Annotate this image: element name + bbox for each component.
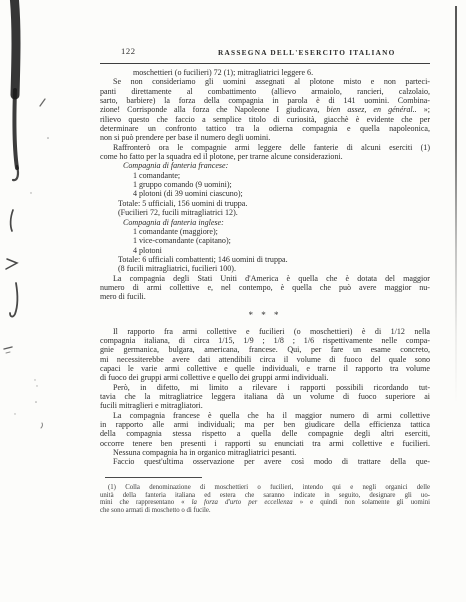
text-segment: mi necessiterebbe avere dati attendibili… bbox=[100, 355, 430, 364]
ink-dot bbox=[35, 401, 37, 403]
text-segment: (8 fucili mitragliatrici, fucilieri 100)… bbox=[118, 264, 236, 273]
text-line: (8 fucili mitragliatrici, fucilieri 100)… bbox=[100, 264, 430, 273]
text-line: che sono armati di moschetto o di fucile… bbox=[100, 507, 430, 515]
text-line: moschettieri (o fucilieri) 72 (1); mitra… bbox=[100, 68, 430, 77]
scanned-page: 122 RASSEGNA DELL'ESERCITO ITALIANO mosc… bbox=[0, 0, 466, 602]
text-line: La compagnia francese è quella che ha il… bbox=[100, 411, 430, 420]
ink-mark bbox=[41, 423, 42, 428]
text-segment: Totale: 6 ufficiali combattenti; 146 uom… bbox=[118, 255, 288, 264]
ink-dot bbox=[30, 192, 31, 193]
text-segment: Però, in difetto, mi limito a rilevare i… bbox=[113, 383, 430, 392]
text-segment: di fuoco dei gruppi armi collettive e qu… bbox=[100, 373, 328, 382]
text-line: Totale: 5 ufficiali, 156 uomini di trupp… bbox=[100, 199, 430, 208]
text-line: Raffronterò ora le compagnie armi legger… bbox=[100, 143, 430, 152]
text-segment: mero di fucili. bbox=[100, 292, 146, 301]
text-segment: della compagnia stessa rispetto a quella… bbox=[100, 429, 430, 438]
ink-dot bbox=[14, 413, 15, 414]
text-line: 4 plotoni bbox=[100, 246, 430, 255]
text-line: panti direttamente al combattimento (all… bbox=[100, 87, 430, 96]
ink-mark bbox=[40, 99, 45, 106]
text-line: tavia che la mitragliatrice leggera ital… bbox=[100, 392, 430, 401]
text-line: mero di fucili. bbox=[100, 292, 430, 301]
text-segment: La compagnia degli Stati Uniti d'America… bbox=[113, 274, 430, 283]
section-separator: * * * bbox=[100, 309, 430, 321]
text-line: compagnia italiana, di circa 1/15, 1/9 ;… bbox=[100, 336, 430, 345]
ink-dot bbox=[47, 137, 49, 139]
ink-dot bbox=[36, 385, 37, 386]
text-line: di fuoco dei gruppi armi collettive e qu… bbox=[100, 373, 430, 382]
text-line: Il rapporto fra armi collettive e fucili… bbox=[100, 327, 430, 336]
text-line: Nessuna compagnia ha in organico mitragl… bbox=[100, 448, 430, 457]
ink-stroke bbox=[14, 90, 17, 168]
text-line: fucili mitraglieri e mitragliatori. bbox=[100, 401, 430, 410]
text-segment: Il rapporto fra armi collettive e fucili… bbox=[113, 327, 430, 336]
ink-mark bbox=[6, 352, 10, 353]
text-line: Però, in difetto, mi limito a rilevare i… bbox=[100, 383, 430, 392]
italic-text: bien assez, en général.. bbox=[326, 105, 416, 114]
ink-mark bbox=[6, 259, 17, 269]
text-segment: rilievo questo che faccio a semplice tit… bbox=[100, 115, 430, 124]
text-line: (Fucilieri 72, fucili mitragliatrici 12)… bbox=[100, 208, 430, 217]
text-segment: 4 plotoni bbox=[133, 246, 162, 255]
text-segment: che sono armati di moschetto o di fucile… bbox=[100, 507, 211, 514]
text-segment: come ho fatto per la squadra ed il ploto… bbox=[100, 152, 343, 161]
text-segment: 1 gruppo comando (9 uomini); bbox=[133, 180, 232, 189]
text-line: capaci le varie armi collettive e quelle… bbox=[100, 364, 430, 373]
text-line: numero di armi collettive e, nel contemp… bbox=[100, 283, 430, 292]
ink-mark bbox=[10, 283, 17, 317]
footnote: (1) Colla denominazione di moschettieri … bbox=[100, 484, 430, 514]
text-line: 1 vice-comandante (capitano); bbox=[100, 236, 430, 245]
text-segment: Faccio quest'ultima osservazione per ave… bbox=[113, 457, 430, 466]
text-line: mini che rappresentano « la forza d'urto… bbox=[100, 499, 430, 507]
text-line: 1 gruppo comando (9 uomini); bbox=[100, 180, 430, 189]
text-line: unità della fanteria italiana ed estera … bbox=[100, 492, 430, 500]
text-segment: (Fucilieri 72, fucili mitragliatrici 12)… bbox=[118, 208, 238, 217]
body-section-2: Il rapporto fra armi collettive e fucili… bbox=[100, 327, 430, 467]
text-segment: in rapporto alle armi individuali; ma pe… bbox=[100, 420, 430, 429]
page-edge-shadow bbox=[455, 6, 457, 474]
ink-stroke bbox=[14, 0, 16, 95]
text-segment: tavia che la mitragliatrice leggera ital… bbox=[100, 392, 430, 401]
header-rule bbox=[100, 63, 430, 64]
text-segment: unità della fanteria italiana ed estera … bbox=[100, 492, 430, 499]
text-segment: »; bbox=[417, 105, 430, 114]
text-segment: non si può prendere per base il numero d… bbox=[100, 133, 270, 142]
text-line: 4 plotoni (di 39 uomini ciascuno); bbox=[100, 189, 430, 198]
text-segment: panti direttamente al combattimento (all… bbox=[100, 87, 430, 96]
text-line: sarto, barbiere) la forza della compagni… bbox=[100, 96, 430, 105]
ink-mark bbox=[4, 347, 12, 349]
text-line: occorre tenere ben presenti i rapporti s… bbox=[100, 439, 430, 448]
text-segment: fucili mitraglieri e mitragliatori. bbox=[100, 401, 203, 410]
text-line: Compagnia di fanteria inglese: bbox=[100, 218, 430, 227]
text-segment: moschettieri (o fucilieri) 72 (1); mitra… bbox=[133, 68, 313, 77]
text-segment: occorre tenere ben presenti i rapporti s… bbox=[100, 439, 430, 448]
text-segment: determinare un confronto tattico tra la … bbox=[100, 124, 430, 133]
text-segment: mini che rappresentano « bbox=[100, 499, 192, 506]
journal-title: RASSEGNA DELL'ESERCITO ITALIANO bbox=[218, 48, 396, 57]
text-segment: numero di armi collettive e, nel contemp… bbox=[100, 283, 430, 292]
text-line: gnie germanica, bulgara, americana, fran… bbox=[100, 345, 430, 354]
ink-mark bbox=[11, 210, 13, 231]
text-line: Compagnia di fanteria francese: bbox=[100, 161, 430, 170]
margin-ink-marks bbox=[0, 0, 60, 460]
text-line: (1) Colla denominazione di moschettieri … bbox=[100, 484, 430, 492]
text-segment: Se non consideriamo gli uomini assegnati… bbox=[113, 77, 430, 86]
page-number: 122 bbox=[121, 46, 136, 56]
text-segment: 4 plotoni (di 39 uomini ciascuno); bbox=[133, 189, 243, 198]
text-segment: (1) Colla denominazione di moschettieri … bbox=[108, 484, 430, 491]
text-line: rilievo questo che faccio a semplice tit… bbox=[100, 115, 430, 124]
text-segment: compagnia italiana, di circa 1/15, 1/9 ;… bbox=[100, 336, 430, 345]
text-line: mi necessiterebbe avere dati attendibili… bbox=[100, 355, 430, 364]
body-section-1: moschettieri (o fucilieri) 72 (1); mitra… bbox=[100, 68, 430, 302]
text-line: in rapporto alle armi individuali; ma pe… bbox=[100, 420, 430, 429]
text-segment: 1 comandante (maggiore); bbox=[133, 227, 218, 236]
text-line: come ho fatto per la squadra ed il ploto… bbox=[100, 152, 430, 161]
text-line: Totale: 6 ufficiali combattenti; 146 uom… bbox=[100, 255, 430, 264]
text-segment: Nessuna compagnia ha in organico mitragl… bbox=[113, 448, 296, 457]
text-line: 1 comandante; bbox=[100, 171, 430, 180]
text-segment: sarto, barbiere) la forza della compagni… bbox=[100, 96, 430, 105]
text-segment: Raffronterò ora le compagnie armi legger… bbox=[113, 143, 430, 152]
text-segment: 1 comandante; bbox=[133, 171, 180, 180]
italic-text: la forza d'urto per eccellenza bbox=[192, 499, 293, 506]
italic-text: Compagnia di fanteria inglese: bbox=[123, 218, 224, 227]
body-text: moschettieri (o fucilieri) 72 (1); mitra… bbox=[100, 68, 430, 467]
text-line: Faccio quest'ultima osservazione per ave… bbox=[100, 457, 430, 466]
text-segment: » e quindi non solamente gli uomini bbox=[293, 499, 430, 506]
text-segment: Totale: 5 ufficiali, 156 uomini di trupp… bbox=[118, 199, 247, 208]
text-line: 1 comandante (maggiore); bbox=[100, 227, 430, 236]
text-segment: 1 vice-comandante (capitano); bbox=[133, 236, 231, 245]
text-segment: capaci le varie armi collettive e quelle… bbox=[100, 364, 430, 373]
text-line: determinare un confronto tattico tra la … bbox=[100, 124, 430, 133]
ink-dot bbox=[34, 379, 35, 380]
text-segment: La compagnia francese è quella che ha il… bbox=[113, 411, 430, 420]
text-line: Se non consideriamo gli uomini assegnati… bbox=[100, 77, 430, 86]
text-line: della compagnia stessa rispetto a quella… bbox=[100, 429, 430, 438]
text-line: zione! Corrisponde alla forza che Napole… bbox=[100, 105, 430, 114]
footnote-rule bbox=[105, 477, 202, 478]
text-segment: zione! Corrisponde alla forza che Napole… bbox=[100, 105, 326, 114]
text-line: non si può prendere per base il numero d… bbox=[100, 133, 430, 142]
text-line: La compagnia degli Stati Uniti d'America… bbox=[100, 274, 430, 283]
italic-text: Compagnia di fanteria francese: bbox=[123, 161, 228, 170]
text-segment: gnie germanica, bulgara, americana, fran… bbox=[100, 345, 430, 354]
